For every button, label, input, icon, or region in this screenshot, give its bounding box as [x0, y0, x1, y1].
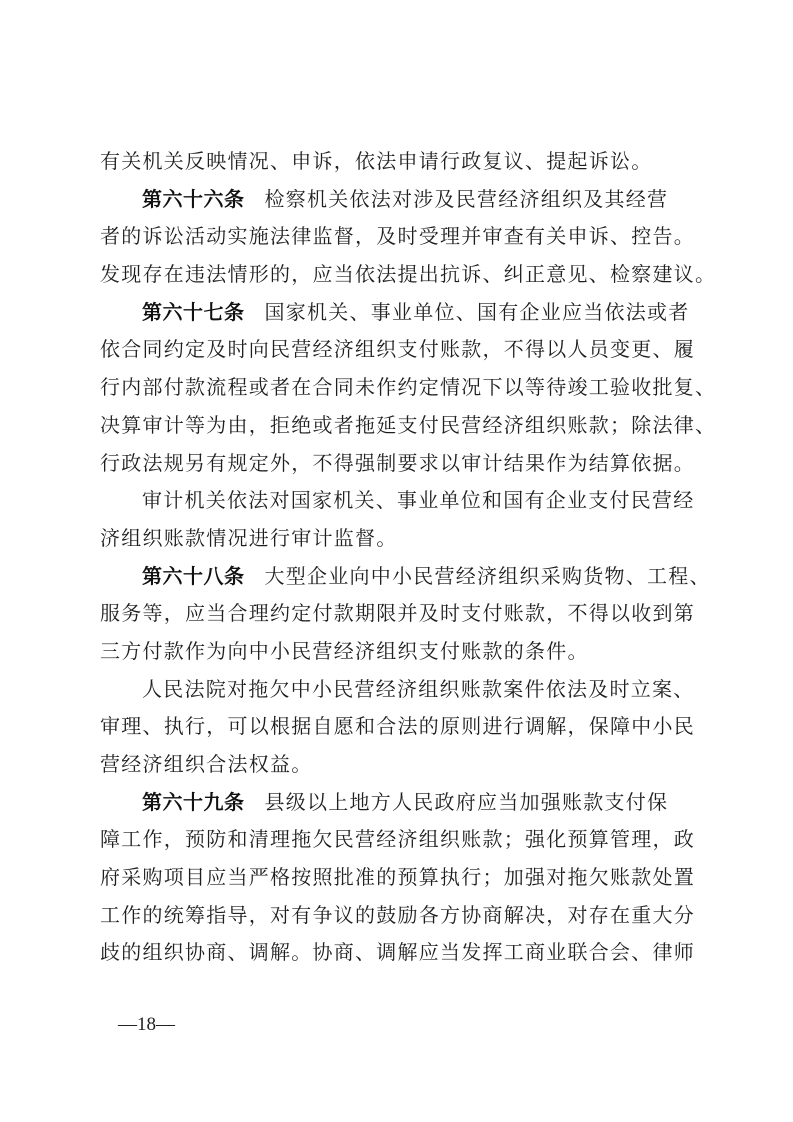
text-line: 人民法院对拖欠中小民营经济组织账款案件依法及时立案、 — [100, 671, 700, 709]
text-line: 第六十九条县级以上地方人民政府应当加强账款支付保 — [100, 784, 700, 822]
article-number: 第六十七条 — [142, 300, 245, 324]
text-line: 行内部付款流程或者在合同未作约定情况下以等待竣工验收批复、 — [100, 369, 700, 407]
line-text: 行政法规另有规定外，不得强制要求以审计结果作为结算依据。 — [100, 451, 695, 475]
line-text: 工作的统筹指导，对有争议的鼓励各方协商解决，对存在重大分 — [100, 903, 695, 927]
text-line: 营经济组织合法权益。 — [100, 746, 700, 784]
text-line: 审计机关依法对国家机关、事业单位和国有企业支付民营经 — [100, 482, 700, 520]
text-line: 第六十七条国家机关、事业单位、国有企业应当依法或者 — [100, 294, 700, 332]
line-text: 歧的组织协商、调解。协商、调解应当发挥工商业联合会、律师 — [100, 940, 695, 964]
line-text: 决算审计等为由，拒绝或者拖延支付民营经济组织账款；除法律、 — [100, 413, 716, 437]
text-line: 发现存在违法情形的，应当依法提出抗诉、纠正意见、检察建议。 — [100, 256, 700, 294]
line-text: 审计机关依法对国家机关、事业单位和国有企业支付民营经 — [142, 488, 695, 512]
article-number: 第六十六条 — [142, 187, 245, 211]
text-line: 障工作，预防和清理拖欠民营经济组织账款；强化预算管理，政 — [100, 821, 700, 859]
text-line: 三方付款作为向中小民营经济组织支付账款的条件。 — [100, 633, 700, 671]
line-text: 大型企业向中小民营经济组织采购货物、工程、 — [265, 564, 711, 588]
page-number: —18— — [118, 1014, 175, 1036]
document-body: 有关机关反映情况、申诉，依法申请行政复议、提起诉讼。 第六十六条检察机关依法对涉… — [100, 143, 700, 972]
line-text: 审理、执行，可以根据自愿和合法的原则进行调解，保障中小民 — [100, 714, 695, 738]
text-line: 依合同约定及时向民营经济组织支付账款，不得以人员变更、履 — [100, 331, 700, 369]
line-text: 障工作，预防和清理拖欠民营经济组织账款；强化预算管理，政 — [100, 827, 695, 851]
text-line: 歧的组织协商、调解。协商、调解应当发挥工商业联合会、律师 — [100, 934, 700, 972]
line-text: 者的诉讼活动实施法律监督，及时受理并审查有关申诉、控告。 — [100, 224, 695, 248]
text-line: 府采购项目应当严格按照批准的预算执行；加强对拖欠账款处置 — [100, 859, 700, 897]
line-text: 行内部付款流程或者在合同未作约定情况下以等待竣工验收批复、 — [100, 375, 716, 399]
line-text: 府采购项目应当严格按照批准的预算执行；加强对拖欠账款处置 — [100, 865, 695, 889]
text-line: 第六十六条检察机关依法对涉及民营经济组织及其经营 — [100, 181, 700, 219]
text-line: 审理、执行，可以根据自愿和合法的原则进行调解，保障中小民 — [100, 708, 700, 746]
text-line: 第六十八条大型企业向中小民营经济组织采购货物、工程、 — [100, 558, 700, 596]
text-line: 者的诉讼活动实施法律监督，及时受理并审查有关申诉、控告。 — [100, 218, 700, 256]
text-line: 服务等，应当合理约定付款期限并及时支付账款，不得以收到第 — [100, 595, 700, 633]
text-line: 行政法规另有规定外，不得强制要求以审计结果作为结算依据。 — [100, 445, 700, 483]
text-line: 决算审计等为由，拒绝或者拖延支付民营经济组织账款；除法律、 — [100, 407, 700, 445]
article-number: 第六十九条 — [142, 790, 245, 814]
line-text: 国家机关、事业单位、国有企业应当依法或者 — [265, 300, 690, 324]
text-line: 有关机关反映情况、申诉，依法申请行政复议、提起诉讼。 — [100, 143, 700, 181]
line-text: 三方付款作为向中小民营经济组织支付账款的条件。 — [100, 639, 589, 663]
line-text: 发现存在违法情形的，应当依法提出抗诉、纠正意见、检察建议。 — [100, 262, 716, 286]
line-text: 有关机关反映情况、申诉，依法申请行政复议、提起诉讼。 — [100, 149, 653, 173]
line-text: 人民法院对拖欠中小民营经济组织账款案件依法及时立案、 — [142, 677, 695, 701]
line-text: 检察机关依法对涉及民营经济组织及其经营 — [265, 187, 669, 211]
line-text: 营经济组织合法权益。 — [100, 752, 313, 776]
text-line: 工作的统筹指导，对有争议的鼓励各方协商解决，对存在重大分 — [100, 897, 700, 935]
text-line: 济组织账款情况进行审计监督。 — [100, 520, 700, 558]
line-text: 济组织账款情况进行审计监督。 — [100, 526, 398, 550]
line-text: 县级以上地方人民政府应当加强账款支付保 — [265, 790, 669, 814]
line-text: 依合同约定及时向民营经济组织支付账款，不得以人员变更、履 — [100, 337, 695, 361]
line-text: 服务等，应当合理约定付款期限并及时支付账款，不得以收到第 — [100, 601, 695, 625]
article-number: 第六十八条 — [142, 564, 245, 588]
document-page: 有关机关反映情况、申诉，依法申请行政复议、提起诉讼。 第六十六条检察机关依法对涉… — [0, 0, 793, 1122]
